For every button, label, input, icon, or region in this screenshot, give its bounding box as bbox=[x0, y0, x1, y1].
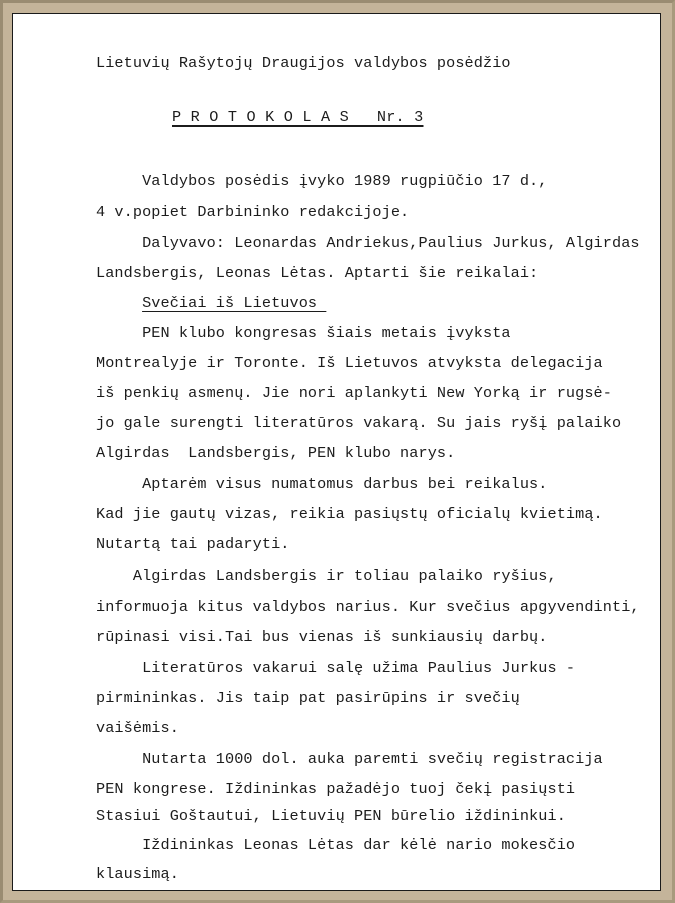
document-line: rūpinasi visi.Tai bus vienas iš sunkiaus… bbox=[96, 628, 548, 646]
document-line: informuoja kitus valdybos narius. Kur sv… bbox=[96, 598, 640, 616]
document-line: Stasiui Goštautui, Lietuvių PEN būrelio … bbox=[96, 807, 566, 825]
document-line: Dalyvavo: Leonardas Andriekus,Paulius Ju… bbox=[96, 234, 640, 252]
document-line: iš penkių asmenų. Jie nori aplankyti New… bbox=[96, 384, 612, 402]
document-line: Algirdas Landsbergis, PEN klubo narys. bbox=[96, 444, 455, 462]
document-line: 4 v.popiet Darbininko redakcijoje. bbox=[96, 203, 409, 221]
document-line: Nutartą tai padaryti. bbox=[96, 535, 290, 553]
document-line: Aptarėm visus numatomus darbus bei reika… bbox=[96, 475, 548, 493]
document-line: klausimą. bbox=[96, 865, 179, 883]
document-line: Literatūros vakarui salę užima Paulius J… bbox=[96, 659, 575, 677]
document-line: Landsbergis, Leonas Lėtas. Aptarti šie r… bbox=[96, 264, 538, 282]
document-line: PEN kongrese. Iždininkas pažadėjo tuoj č… bbox=[96, 780, 575, 798]
typewritten-protocol: Lietuvių Rašytojų Draugijos valdybos pos… bbox=[13, 14, 660, 890]
document-line: vaišėmis. bbox=[96, 719, 179, 737]
document-line: PEN klubo kongresas šiais metais įvyksta bbox=[96, 324, 511, 342]
document-heading: Lietuvių Rašytojų Draugijos valdybos pos… bbox=[96, 54, 511, 72]
document-page: Lietuvių Rašytojų Draugijos valdybos pos… bbox=[12, 13, 661, 891]
section-heading-guests-from-lithuania: Svečiai iš Lietuvos bbox=[142, 294, 326, 312]
document-line: pirmininkas. Jis taip pat pasirūpins ir … bbox=[96, 689, 520, 707]
document-line: Kad jie gautų vizas, reikia pasiųstų ofi… bbox=[96, 505, 603, 523]
document-line: jo gale surengti literatūros vakarą. Su … bbox=[96, 414, 621, 432]
document-line: Montrealyje ir Toronte. Iš Lietuvos atvy… bbox=[96, 354, 603, 372]
document-line: Svečiai iš Lietuvos bbox=[96, 294, 326, 312]
document-line: Iždininkas Leonas Lėtas dar kėlė nario m… bbox=[96, 836, 575, 854]
document-line: Algirdas Landsbergis ir toliau palaiko r… bbox=[96, 567, 557, 585]
document-line: Valdybos posėdis įvyko 1989 rugpiūčio 17… bbox=[96, 172, 548, 190]
document-line: Nutarta 1000 dol. auka paremti svečių re… bbox=[96, 750, 603, 768]
document-title: P R O T O K O L A S Nr. 3 bbox=[172, 108, 423, 126]
